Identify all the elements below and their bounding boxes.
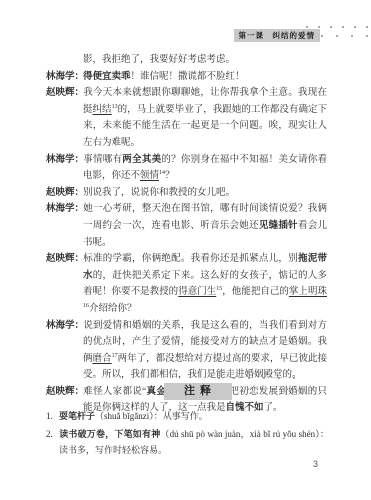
emphasized-term: 见缝插针 <box>259 220 298 231</box>
dialogue-paragraph: 赵映辉：标准的学霸，你俩绝配。我看你还是抓紧点儿，别拖泥带水的，赶快把关系定下来… <box>46 251 327 317</box>
decorative-dot <box>351 35 353 37</box>
notes-header: 注释 <box>0 378 371 404</box>
emphasized-term: 得便宜卖乖 <box>83 71 131 82</box>
decorative-dot <box>260 388 262 390</box>
decorative-dot <box>306 26 308 28</box>
lesson-header: 第一课 纠结的爱情 <box>0 25 371 45</box>
text-run: ，他能把自己的 <box>222 287 289 297</box>
notes-list: 1.耍笔杆子（shuǎ bǐgǎnzi）：从事写作。2.读书破万卷，下笔如有神（… <box>46 408 329 460</box>
glossary-term: 得意门生 <box>178 287 216 297</box>
text-run: （shuǎ bǐgǎnzi）：从事写作。 <box>95 411 208 421</box>
dialogue-paragraph: 赵映辉：我今天本来就想跟你聊聊她，让你帮我拿个主意。我现在挺纠结13的，马上就要… <box>46 85 327 151</box>
emphasized-term: 读书破万卷，下笔如有神 <box>59 429 160 439</box>
speaker-name: 林海学： <box>46 69 83 86</box>
speaker-name: 赵映辉： <box>46 185 83 202</box>
glossary-term: 纠结 <box>93 105 112 115</box>
emphasized-term: 耍笔杆子 <box>59 411 95 421</box>
decorative-dot <box>354 26 356 28</box>
notes-title-badge: 注释 <box>164 383 232 400</box>
decorative-dot <box>218 377 220 379</box>
header-dots-row-bottom <box>321 35 368 37</box>
header-dots-row-top <box>306 26 368 28</box>
glossary-term: 磨合 <box>93 354 112 364</box>
decorative-dot <box>233 377 235 379</box>
decorative-dot <box>318 26 320 28</box>
decorative-dot <box>312 388 314 390</box>
dialogue-paragraph: 影，我拒绝了，我要好好考虑考虑。 <box>46 52 327 69</box>
decorative-dot <box>248 377 250 379</box>
dialogue-paragraph: 林海学：得便宜卖乖！谁信呢！撒谎都不脸红！ <box>46 69 327 86</box>
lesson-title-badge: 第一课 纠结的爱情 <box>234 29 321 42</box>
text-run: 标准的学霸，你俩绝配。我看你还是抓紧点儿，别 <box>83 254 298 264</box>
note-number: 2. <box>46 426 59 442</box>
dialogue-paragraph: 林海学：她一心考研，整天泡在图书馆，哪有时间谈情说爱？我俩一周约会一次，连看电影… <box>46 201 327 251</box>
speaker-name: 林海学： <box>46 318 83 335</box>
speaker-name: 赵映辉： <box>46 85 83 102</box>
note-item: 1.耍笔杆子（shuǎ bǐgǎnzi）：从事写作。 <box>46 408 329 424</box>
text-run: 的，马上就要毕业了，我跟她的工作都没有确定下来，未来能不能生活在一起更是一个问题… <box>83 105 327 148</box>
decorative-dot <box>273 388 275 390</box>
decorative-dot <box>247 388 249 390</box>
decorative-dot <box>286 388 288 390</box>
text-run: ？ <box>165 171 175 181</box>
speaker-name: 赵映辉： <box>46 251 83 268</box>
decorative-dot <box>293 377 295 379</box>
text-run: 事情哪有 <box>83 155 122 165</box>
speaker-name: 林海学： <box>46 152 83 169</box>
glossary-term: 掌上明珠 <box>289 287 327 297</box>
note-item: 2.读书破万卷，下笔如有神（dú shū pò wàn juàn，xià bǐ … <box>46 426 329 458</box>
text-run: 别说我了，说说你和教授的女儿吧。 <box>83 188 235 198</box>
decorative-dot <box>278 377 280 379</box>
dialogue-paragraph: 赵映辉：别说我了，说说你和教授的女儿吧。 <box>46 185 327 202</box>
decorative-dot <box>366 26 368 28</box>
decorative-dot <box>299 388 301 390</box>
note-number: 1. <box>46 408 59 424</box>
decorative-dot <box>321 35 323 37</box>
notes-dots-row-top <box>218 377 295 379</box>
dialogue-text: 影，我拒绝了，我要好好考虑考虑。林海学：得便宜卖乖！谁信呢！撒谎都不脸红！赵映辉… <box>46 52 327 417</box>
decorative-dot <box>263 377 265 379</box>
decorative-dot <box>366 35 368 37</box>
page-number: 3 <box>313 459 318 469</box>
speaker-name: 林海学： <box>46 201 83 218</box>
dialogue-paragraph: 林海学：事情哪有两全其美的？你别身在福中不知福！美女请你看电影，你还不领情14？ <box>46 152 327 185</box>
decorative-dot <box>342 26 344 28</box>
notes-dots-row-bottom <box>247 388 314 390</box>
glossary-term: 领情 <box>140 171 159 181</box>
dialogue-paragraph: 林海学：说到爱情和婚姻的关系，我是这么看的，当我们看到对方的优点时，产生了爱情，… <box>46 318 327 384</box>
textbook-page: 第一课 纠结的爱情 影，我拒绝了，我要好好考虑考虑。林海学：得便宜卖乖！谁信呢！… <box>0 0 371 500</box>
decorative-dot <box>336 35 338 37</box>
text-run: 介绍给你？ <box>89 304 137 314</box>
decorative-dot <box>330 26 332 28</box>
emphasized-term: 两全其美 <box>122 154 161 165</box>
text-run: ！谁信呢！撒谎都不脸红！ <box>131 72 245 82</box>
text-run: 影，我拒绝了，我要好好考虑考虑。 <box>83 55 235 65</box>
